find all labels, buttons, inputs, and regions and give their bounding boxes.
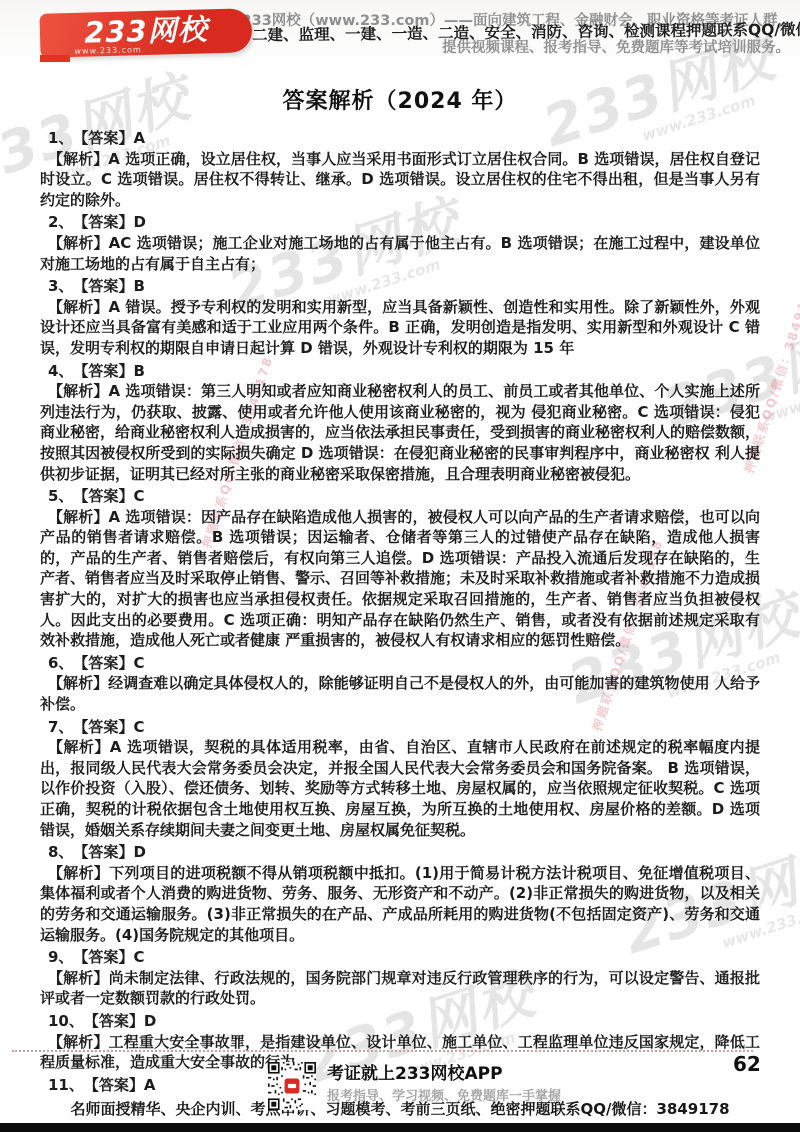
qa-item-7: 7、 【答案】C 【解析】A 选项错误，契税的具体适用税率，由省、自治区、直辖市…	[40, 717, 760, 841]
page-title: 答案解析（2024 年）	[40, 84, 760, 115]
analysis-paragraph: 【解析】AC 选项错误；施工企业对施工场地的占有属于他主占有。B 选项错误；在施…	[40, 233, 760, 274]
answers-content: 1、 【答案】A 【解析】A 选项正确，设立居住权，当事人应当采用书面形式订立居…	[40, 128, 760, 1095]
footer-app-title: 考证就上233网校APP	[327, 1059, 503, 1084]
footer-divider	[12, 1050, 753, 1052]
233-logo: 233网校 www.233.com	[39, 8, 252, 58]
analysis-paragraph: 【解析】尚未制定法律、行政法规的，国务院部门规章对违反行政管理秩序的行为，可以设…	[40, 968, 760, 1009]
analysis-paragraph: 【解析】经调查难以确定具体侵权人的，除能够证明自己不是侵权人的外，由可能加害的建…	[40, 673, 760, 714]
qa-item-1: 1、 【答案】A 【解析】A 选项正确，设立居住权，当事人应当采用书面形式订立居…	[40, 128, 760, 210]
answer-line: 3、 【答案】B	[40, 276, 760, 297]
answer-line: 2、 【答案】D	[40, 212, 760, 233]
watermark-url: www.233.com	[760, 364, 800, 427]
answer-line: 7、 【答案】C	[40, 717, 760, 738]
page-number: 62	[733, 1052, 761, 1076]
analysis-paragraph: 【解析】A 选项错误：因产品存在缺陷造成他人损害的，被侵权人可以向产品的生产者请…	[40, 507, 760, 651]
qr-code	[268, 1061, 316, 1111]
qa-item-8: 8、 【答案】D 【解析】下列项目的进项税额不得从销项税额中抵扣。(1)用于简易…	[40, 842, 760, 945]
qa-item-2: 2、 【答案】D 【解析】AC 选项错误；施工企业对施工场地的占有属于他主占有。…	[40, 212, 760, 274]
answer-line: 5、 【答案】C	[40, 486, 760, 507]
analysis-paragraph: 【解析】下列项目的进项税额不得从销项税额中抵扣。(1)用于简易计税方法计税项目、…	[40, 863, 760, 945]
logo-text: 233网校	[39, 8, 252, 54]
logo-red-tick	[40, 55, 70, 62]
footer-services-line: 名师面授精华、央企内训、考点串讲、习题模考、考前三页纸、绝密押题联系QQ/微信：…	[0, 1098, 800, 1119]
qa-item-9: 9、 【答案】C 【解析】尚未制定法律、行政法规的，国务院部门规章对违反行政管理…	[40, 947, 760, 1009]
document-page: 233网校www.233.com 233网校www.233.com 233网校w…	[0, 0, 800, 1132]
analysis-paragraph: 【解析】A 错误。授予专利权的发明和实用新型，应当具备新颖性、创造性和实用性。除…	[40, 297, 760, 359]
analysis-paragraph: 【解析】A 选项错误：第三人明知或者应知商业秘密权利人的员工、前员工或者其他单位…	[40, 381, 760, 484]
answer-line: 10、 【答案】D	[40, 1011, 760, 1032]
answer-line: 4、 【答案】B	[40, 361, 760, 382]
qa-item-3: 3、 【答案】B 【解析】A 错误。授予专利权的发明和实用新型，应当具备新颖性、…	[40, 276, 760, 358]
answer-line: 1、 【答案】A	[40, 128, 760, 149]
logo-url: www.233.com	[74, 45, 142, 56]
analysis-paragraph: 【解析】A 选项错误，契税的具体适用税率，由省、自治区、直辖市人民政府在前述规定…	[40, 737, 760, 840]
answer-line: 8、 【答案】D	[40, 842, 760, 863]
qa-item-6: 6、 【答案】C 【解析】经调查难以确定具体侵权人的，除能够证明自己不是侵权人的…	[40, 653, 760, 715]
answer-line: 6、 【答案】C	[40, 653, 760, 674]
analysis-paragraph: 【解析】A 选项正确，设立居住权，当事人应当采用书面形式订立居住权合同。B 选项…	[40, 149, 760, 211]
qa-item-4: 4、 【答案】B 【解析】A 选项错误：第三人明知或者应知商业秘密权利人的员工、…	[40, 361, 760, 485]
answer-line: 9、 【答案】C	[40, 947, 760, 968]
document-body: 答案解析（2024 年） 1、 【答案】A 【解析】A 选项正确，设立居住权，当…	[40, 84, 760, 1097]
qa-item-5: 5、 【答案】C 【解析】A 选项错误：因产品存在缺陷造成他人损害的，被侵权人可…	[40, 486, 760, 651]
footer-black-bar	[0, 1123, 800, 1132]
